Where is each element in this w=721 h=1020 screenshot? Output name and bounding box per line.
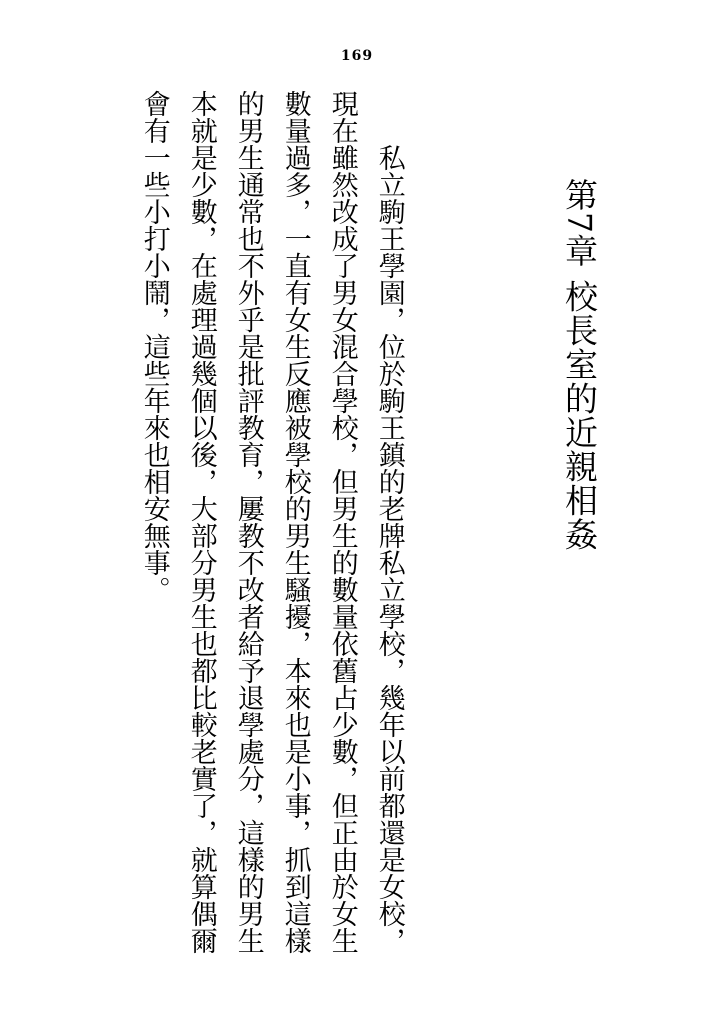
book-page: 169 第7章 校長室的近親相姦 私立駒王學園，位於駒王鎮的老牌私立學校，幾年以… — [0, 0, 721, 1020]
page-content: 第7章 校長室的近親相姦 私立駒王學園，位於駒王鎮的老牌私立學校，幾年以前都還是… — [131, 90, 597, 954]
body-text: 私立駒王學園，位於駒王鎮的老牌私立學校，幾年以前都還是女校，現在雖然改成了男女混… — [131, 90, 413, 954]
chapter-title: 第7章 校長室的近親相姦 — [561, 90, 597, 954]
page-number: 169 — [0, 48, 714, 64]
